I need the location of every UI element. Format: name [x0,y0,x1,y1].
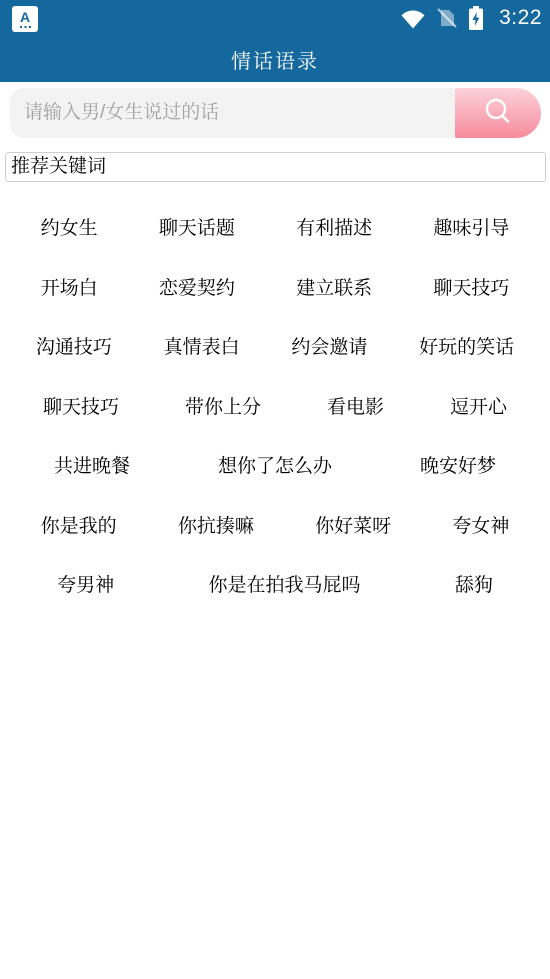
status-time: 3:22 [499,6,542,30]
keyword-item[interactable]: 夸男神 [57,570,114,597]
keyword-item[interactable]: 建立联系 [296,273,372,300]
keyword-item[interactable]: 好玩的笑话 [419,332,514,359]
app-screen: A 3:22 [0,0,550,979]
keyword-row: 你是我的你抗揍嘛你好菜呀夸女神 [0,495,550,555]
keyword-item[interactable]: 有利描述 [296,213,372,240]
keyword-item[interactable]: 聊天话题 [159,213,235,240]
search-button[interactable] [455,88,541,138]
keyword-rows: 约女生聊天话题有利描述趣味引导开场白恋爱契约建立联系聊天技巧沟通技巧真情表白约会… [0,197,550,614]
status-icons: 3:22 [400,5,542,31]
app-icon-dots [20,26,31,28]
keyword-item[interactable]: 带你上分 [185,392,261,419]
keyword-item[interactable]: 想你了怎么办 [218,451,332,478]
keyword-item[interactable]: 看电影 [327,392,384,419]
keyword-item[interactable]: 约女生 [41,213,98,240]
keyword-item[interactable]: 聊天技巧 [433,273,509,300]
keyword-row: 共进晚餐想你了怎么办晚安好梦 [0,435,550,495]
keyword-item[interactable]: 逗开心 [450,392,507,419]
keyword-item[interactable]: 约会邀请 [291,332,367,359]
battery-charging-icon [468,5,484,31]
keyword-row: 沟通技巧真情表白约会邀请好玩的笑话 [0,316,550,376]
notification-app-icon: A [12,6,38,32]
keyword-row: 约女生聊天话题有利描述趣味引导 [0,197,550,257]
keyword-item[interactable]: 夸女神 [452,511,509,538]
no-sim-icon [435,6,459,30]
search-icon [481,95,515,132]
page-title: 情话语录 [231,45,319,74]
keyword-item[interactable]: 你抗揍嘛 [178,511,254,538]
keyword-item[interactable]: 舔狗 [455,570,493,597]
keyword-item[interactable]: 你是我的 [41,511,117,538]
wifi-icon [400,7,426,29]
title-bar: 情话语录 [0,36,550,82]
search-row [10,88,541,138]
keyword-item[interactable]: 开场白 [41,273,98,300]
search-input[interactable] [10,88,455,138]
keyword-row: 聊天技巧带你上分看电影逗开心 [0,376,550,436]
keyword-item[interactable]: 共进晚餐 [54,451,130,478]
keyword-item[interactable]: 恋爱契约 [159,273,235,300]
keyword-item[interactable]: 沟通技巧 [36,332,112,359]
app-icon-letter: A [20,10,30,24]
keyword-item[interactable]: 你好菜呀 [315,511,391,538]
keyword-item[interactable]: 聊天技巧 [43,392,119,419]
keyword-item[interactable]: 你是在拍我马屁吗 [208,570,360,597]
keyword-row: 夸男神你是在拍我马屁吗舔狗 [0,554,550,614]
keyword-item[interactable]: 晚安好梦 [420,451,496,478]
recommended-keywords-label: 推荐关键词 [5,152,546,182]
keyword-item[interactable]: 趣味引导 [433,213,509,240]
keyword-item[interactable]: 真情表白 [164,332,240,359]
status-bar: A 3:22 [0,0,550,36]
keyword-row: 开场白恋爱契约建立联系聊天技巧 [0,257,550,317]
